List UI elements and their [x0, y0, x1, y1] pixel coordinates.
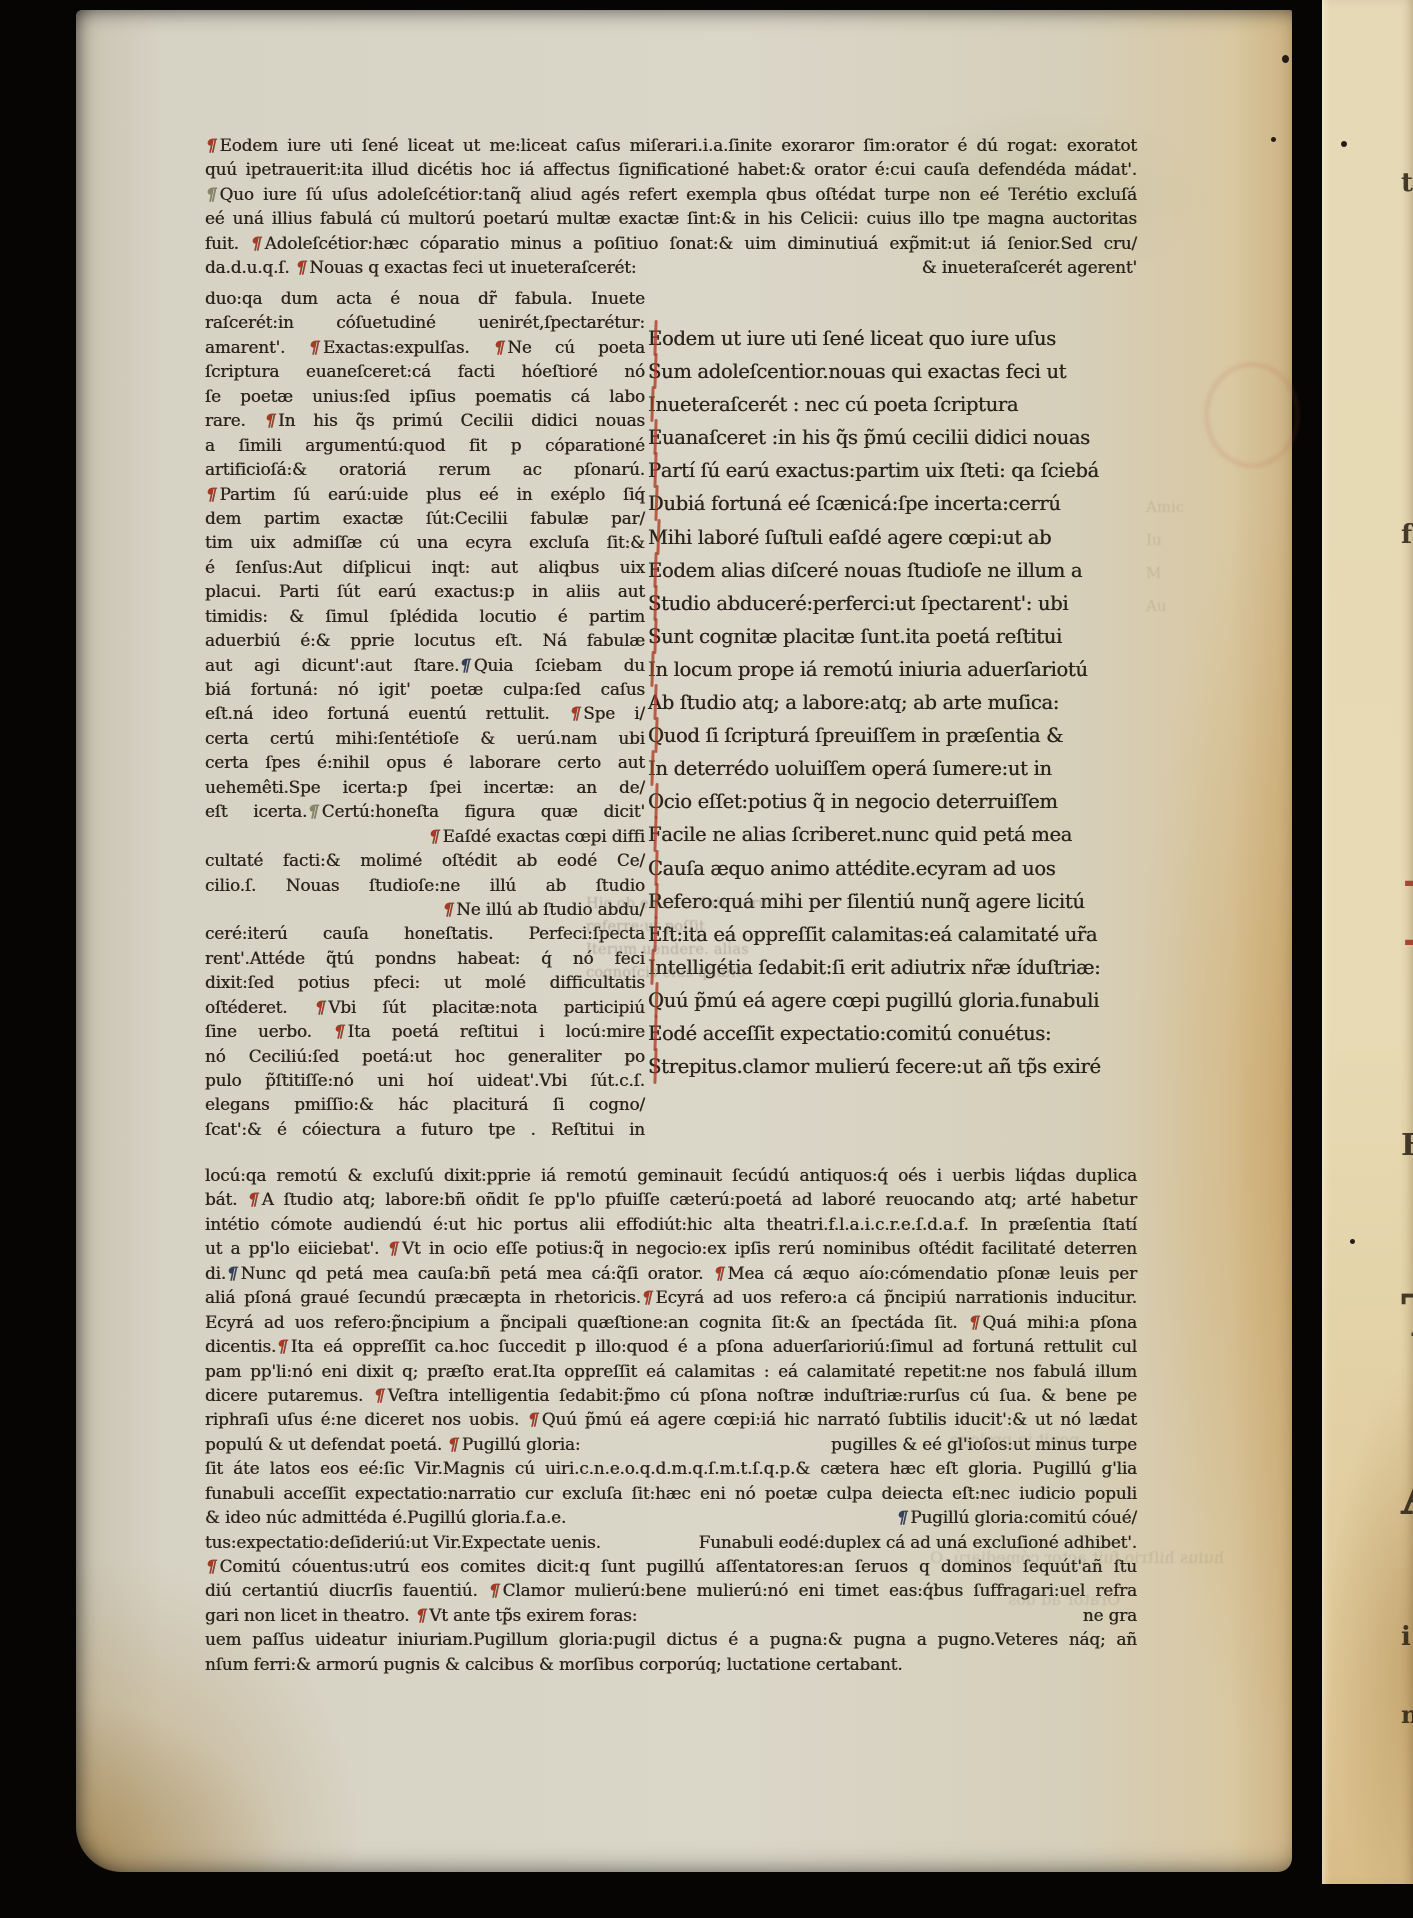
- rubricated-initial: E: [648, 1017, 662, 1050]
- text-line: raſcerét:in cóſuetudiné uenirét,ſpectaré…: [205, 310, 645, 334]
- rubricated-initial: I: [648, 388, 655, 421]
- glyph-sliver: t: [1401, 168, 1413, 198]
- text-line: tim uix admiſſæ cú una ecyra excluſa ſit…: [205, 530, 645, 554]
- text-line: Sum adoleſcentior.nouas qui exactas feci…: [648, 355, 1138, 388]
- pilcrow-mark: ¶: [386, 1236, 402, 1260]
- text-line: ut a pp'lo eiiciebat'. ¶Vt in ocio eſſe …: [205, 1236, 1137, 1260]
- text-line: duo:qa dum acta é noua dr̃ fabula. Inuet…: [205, 286, 645, 310]
- pilcrow-mark: ¶: [307, 335, 323, 359]
- pilcrow-mark: ¶: [486, 1578, 502, 1602]
- text-line: cultaté facti:& molimé oſtédit ab eodé C…: [205, 848, 645, 872]
- text-line: oſtéderet. ¶Vbi ſút placitæ:nota partici…: [205, 995, 645, 1019]
- text-line: certa certú mihi:ſentétioſe & uerú.nam u…: [205, 726, 645, 750]
- text-line: bát. ¶A ſtudio atq; labore:bñ oñdit ſe p…: [205, 1187, 1137, 1211]
- pilcrow-mark: ¶: [440, 897, 456, 921]
- pilcrow-mark: ¶: [372, 1383, 388, 1407]
- rubricated-initial: S: [648, 620, 661, 653]
- pilcrow-mark: ¶: [293, 255, 309, 279]
- text-line: Sunt cognitæ placitæ ſunt.ita poetá reſt…: [648, 620, 1138, 653]
- book-photograph: ¶Eodem iure uti ſené liceat ut me:liceat…: [0, 0, 1413, 1918]
- text-line: ſit áte latos eos eé:ſic Vir.Magnis cú u…: [205, 1456, 1137, 1480]
- text-line: Strepitus.clamor mulierú fecere:ut añ tp…: [648, 1050, 1138, 1083]
- pilcrow-mark: ¶: [312, 995, 328, 1019]
- text-line: a ſimili argumentú:quod fit p cóparation…: [205, 433, 645, 457]
- text-line: dicere putaremus. ¶Veſtra intelligentia …: [205, 1383, 1137, 1407]
- offset-ink-line: ponit in prologo: [950, 1430, 1079, 1449]
- rubricated-initial: Q: [648, 984, 664, 1017]
- bottom-commentary-block: locú:qa remotú & excluſú dixit:pprie iá …: [205, 1163, 1137, 1676]
- adjacent-page-edge: [1322, 0, 1413, 1884]
- text-line: Inueteraſcerét : nec cú poeta ſcriptura: [648, 388, 1138, 421]
- text-line: Partí ſú earú exactus:partim uix ſteti: …: [648, 454, 1138, 487]
- text-line: ſcriptura euaneſceret:cá facti hóeſtioré…: [205, 359, 645, 383]
- text-line: funabuli acceſſit expectatio:narratio cu…: [205, 1481, 1137, 1505]
- text-line: ſe poetæ unius:ſed ipſius poematis cá la…: [205, 384, 645, 408]
- text-line: nó Ceciliú:ſed poetá:ut hoc generaliter …: [205, 1044, 645, 1068]
- pilcrow-mark: ¶: [203, 1554, 219, 1578]
- rubricated-initial: D: [648, 487, 663, 520]
- pilcrow-mark: ¶: [306, 799, 322, 823]
- pilcrow-mark: ¶: [246, 1187, 262, 1211]
- rubricated-initial: I: [648, 752, 655, 785]
- text-line: certa ſpes é:nihil opus é laborare certo…: [205, 750, 645, 774]
- text-line: amarent'. ¶Exactas:expulſas. ¶Ne cú poet…: [205, 335, 645, 359]
- gloss-left-column: duo:qa dum acta é noua dr̃ fabula. Inuet…: [205, 286, 645, 1141]
- rubricated-initial: S: [648, 355, 661, 388]
- text-line: da.d.u.q.ſ. ¶Nouas q exactas feci ut inu…: [205, 255, 1137, 279]
- dust-speck: [1350, 1239, 1355, 1244]
- text-line: Ab ſtudio atq; a labore:atq; ab arte muſ…: [648, 686, 1138, 719]
- text-line: gari non licet in theatro. ¶Vt ante tp̃s…: [205, 1603, 1137, 1627]
- text-line: Euanaſceret :in his q̃s p̃mú cecilii did…: [648, 421, 1138, 454]
- showthrough-text: Hic ob ea ré uoluit iterú referre:ut poſ…: [586, 893, 816, 985]
- top-commentary-block: ¶Eodem iure uti ſené liceat ut me:liceat…: [205, 133, 1137, 280]
- text-line: aliá pſoná graué ſecundú præcæpta in rhe…: [205, 1285, 1137, 1309]
- ink-ring-stain: [1204, 362, 1300, 468]
- text-line: locú:qa remotú & excluſú dixit:pprie iá …: [205, 1163, 1137, 1187]
- rubricated-initial: E: [648, 421, 662, 454]
- text-line: aduerbiú é:& pprie locutus eſt. Ná fabul…: [205, 628, 645, 652]
- text-line: In locum prope iá remotú iniuria aduerſa…: [648, 653, 1138, 686]
- text-line: dem partim exactæ ſút:Cecilii fabulæ par…: [205, 506, 645, 530]
- text-line: eé uná illius fabulá cú multorú poetarú …: [205, 206, 1137, 230]
- glyph-sliver: A: [1401, 1462, 1413, 1528]
- rubricated-initial: E: [648, 554, 662, 587]
- text-line: ¶Ne illú ab ſtudio abdu/: [205, 897, 645, 921]
- text-line: & ideo núc admittéda é.Pugillú gloria.f.…: [205, 1505, 1137, 1529]
- text-line: uem paſſus uideatur iniuriam.Pugillum gl…: [205, 1627, 1137, 1651]
- pilcrow-mark: ¶: [446, 1432, 462, 1456]
- text-line: Quú p̃mú eá agere cœpi pugillú gloria.fu…: [648, 984, 1138, 1017]
- pilcrow-mark: ¶: [224, 1261, 240, 1285]
- pilcrow-mark: ¶: [203, 133, 219, 157]
- pilcrow-mark: ¶: [249, 231, 265, 255]
- text-line: é ſenſus:Aut diſplicui inqt: aut aliqbus…: [205, 555, 645, 579]
- pilcrow-mark: ¶: [331, 1019, 347, 1043]
- text-line: Eodé acceſſit expectatio:comitú conuétus…: [648, 1017, 1138, 1050]
- text-line: ceré:iterú cauſa honeſtatis. Perfeci:ſpe…: [205, 921, 645, 945]
- rubricated-initial: M: [648, 521, 668, 554]
- rubricated-initial: C: [648, 852, 663, 885]
- text-line: Quod ſi ſcripturá ſpreuiſſem in præſenti…: [648, 719, 1138, 752]
- text-line: ſine uerbo. ¶Ita poetá reſtitui i locú:m…: [205, 1019, 645, 1043]
- pilcrow-mark: ¶: [567, 701, 583, 725]
- text-line: Eodem ut iure uti ſené liceat quo iure u…: [648, 322, 1138, 355]
- text-line: timidis: & ſimul ſplédida locutio é part…: [205, 604, 645, 628]
- text-line: nſum ferri:& armorú pugnis & calcibus & …: [205, 1652, 1137, 1676]
- text-line: riphraſi uſus é:ne diceret nos uobis. ¶Q…: [205, 1407, 1137, 1431]
- text-line: fuit. ¶Adoleſcétior:hæc cóparatio minus …: [205, 231, 1137, 255]
- text-line: pam pp'li:nó eni dixit q; præſto erat.It…: [205, 1359, 1137, 1383]
- pilcrow-mark: ¶: [526, 1407, 542, 1431]
- glyph-sliver: n: [1401, 1700, 1413, 1729]
- text-line: Dubiá fortuná eé ſcænicá:ſpe incerta:cer…: [648, 487, 1138, 520]
- pilcrow-mark: ¶: [711, 1261, 727, 1285]
- dust-speck: [1341, 141, 1347, 147]
- offset-ink-line: huius hiſtrio fuit actor cómediarú. O: [930, 1548, 1224, 1567]
- text-line: In deterrédo uoluiſſem operá ſumere:ut i…: [648, 752, 1138, 785]
- text-line: ſcat':& é cóiectura a futuro tpe . Reſti…: [205, 1117, 645, 1141]
- rubricated-initial: F: [648, 818, 661, 851]
- text-line: intétio cómote audiendú é:ut hic portus …: [205, 1212, 1137, 1236]
- pilcrow-mark: ¶: [203, 182, 219, 206]
- text-line: dixit:ſed potius pfeci: ut molé difficul…: [205, 970, 645, 994]
- text-line: Facile ne alias ſcriberet.nunc quid petá…: [648, 818, 1138, 851]
- text-line: cilio.ſ. Nouas ſtudioſe:ne illú ab ſtudi…: [205, 873, 645, 897]
- text-line: Ocio eſſet:potius q̃ in negocio deterrui…: [648, 785, 1138, 818]
- rubricated-initial: E: [648, 322, 662, 355]
- text-line: dicentis.¶Ita eá oppreſſit ca.hoc ſucced…: [205, 1334, 1137, 1358]
- rubricated-initial: S: [648, 587, 661, 620]
- text-line: elegans pmiſſio:& hác placiturá ſi cogno…: [205, 1092, 645, 1116]
- pilcrow-mark: ¶: [894, 1505, 910, 1529]
- showthrough-line: Iterum uendere. alias cognoſcis eius q́u…: [586, 939, 816, 985]
- offset-ink-line: Orator ad uos: [1008, 1590, 1120, 1609]
- text-line: uehemêti.Spe icerta:p ſpei incertæ: an d…: [205, 775, 645, 799]
- text-line: Eodem alias diſceré nouas ſtudioſe ne il…: [648, 554, 1138, 587]
- rubricated-initial: O: [648, 785, 664, 818]
- rubricated-initial: P: [648, 454, 661, 487]
- text-line: pulo p̃ſtitiſſe:nó uni hoí uideat'.Vbi ſ…: [205, 1068, 645, 1092]
- pilcrow-mark: ¶: [413, 1603, 429, 1627]
- text-line: ¶Eaſdé exactas cœpi diffi: [205, 824, 645, 848]
- pilcrow-mark: ¶: [262, 408, 278, 432]
- showthrough-line: Hic ob ea ré uoluit iterú referre:ut poſ…: [586, 893, 816, 939]
- glyph-sliver: i: [1401, 1622, 1411, 1652]
- text-line: Mihi laboré ſuſtuli eaſdé agere cœpi:ut …: [648, 521, 1138, 554]
- text-line: di.¶Nunc qd petá mea cauſa:bñ petá mea c…: [205, 1261, 1137, 1285]
- text-line: diú certantiú diucrſis fauentiú. ¶Clamor…: [205, 1578, 1137, 1602]
- showthrough-fragment: Au: [1146, 597, 1167, 615]
- showthrough-fragment: Amic: [1146, 498, 1184, 516]
- pilcrow-mark: ¶: [203, 482, 219, 506]
- pilcrow-mark: ¶: [458, 653, 474, 677]
- text-line: aut agi dicunt':aut ſtare.¶Quia ſciebam …: [205, 653, 645, 677]
- showthrough-fragment: M: [1146, 564, 1161, 582]
- text-line: Cauſa æquo animo attédite.ecyram ad uos: [648, 852, 1138, 885]
- rubricated-initial: I: [648, 653, 655, 686]
- text-line: Studio abduceré:perferci:ut ſpectarent':…: [648, 587, 1138, 620]
- showthrough-fragment: Iu: [1146, 531, 1162, 549]
- rubricated-initial: S: [648, 1050, 661, 1083]
- text-line: biá fortuná: nó igit' poetæ culpa:ſed ca…: [205, 677, 645, 701]
- glyph-sliver: T: [1401, 1282, 1413, 1350]
- pilcrow-mark: ¶: [491, 335, 507, 359]
- text-line: rare. ¶In his q̃s primú Cecilii didici n…: [205, 408, 645, 432]
- pilcrow-mark: ¶: [426, 824, 442, 848]
- pilcrow-mark: ¶: [275, 1334, 291, 1358]
- text-line: ¶Eodem iure uti ſené liceat ut me:liceat…: [205, 133, 1137, 157]
- glyph-sliver: F: [1401, 1128, 1413, 1163]
- text-line: ¶Quo iure ſú uſus adoleſcétior:tanq̃ ali…: [205, 182, 1137, 206]
- pilcrow-mark: ¶: [966, 1310, 982, 1334]
- text-line: rent'.Attéde q̃tú pondns habeat: q́ nó f…: [205, 946, 645, 970]
- text-line: eſt.ná ideo fortuná euentú rettulit. ¶Sp…: [205, 701, 645, 725]
- text-line: Ecyrá ad uos refero:p̃ncipium a p̃ncipal…: [205, 1310, 1137, 1334]
- text-line: quú ipetrauerit:ita illud dicétis hoc iá…: [205, 157, 1137, 181]
- red-initial-sliver: R: [1401, 862, 1413, 966]
- page-gutter-fold: [1292, 0, 1322, 1918]
- text-line: eſt icerta.¶Certú:honeſta figura quæ dic…: [205, 799, 645, 823]
- text-line: ¶Partim ſú earú:uide plus eé in exéplo ſ…: [205, 482, 645, 506]
- rubricated-initial: A: [648, 686, 662, 719]
- dust-speck: [1282, 55, 1289, 63]
- pilcrow-mark: ¶: [639, 1285, 655, 1309]
- glyph-sliver: f: [1401, 520, 1412, 550]
- rubricated-initial: Q: [648, 719, 664, 752]
- dust-speck: [1271, 137, 1276, 142]
- text-line: artificioſá:& oratoriá rerum ac pſonarú.: [205, 457, 645, 481]
- text-line: placui. Parti ſút earú exactus:p in alii…: [205, 579, 645, 603]
